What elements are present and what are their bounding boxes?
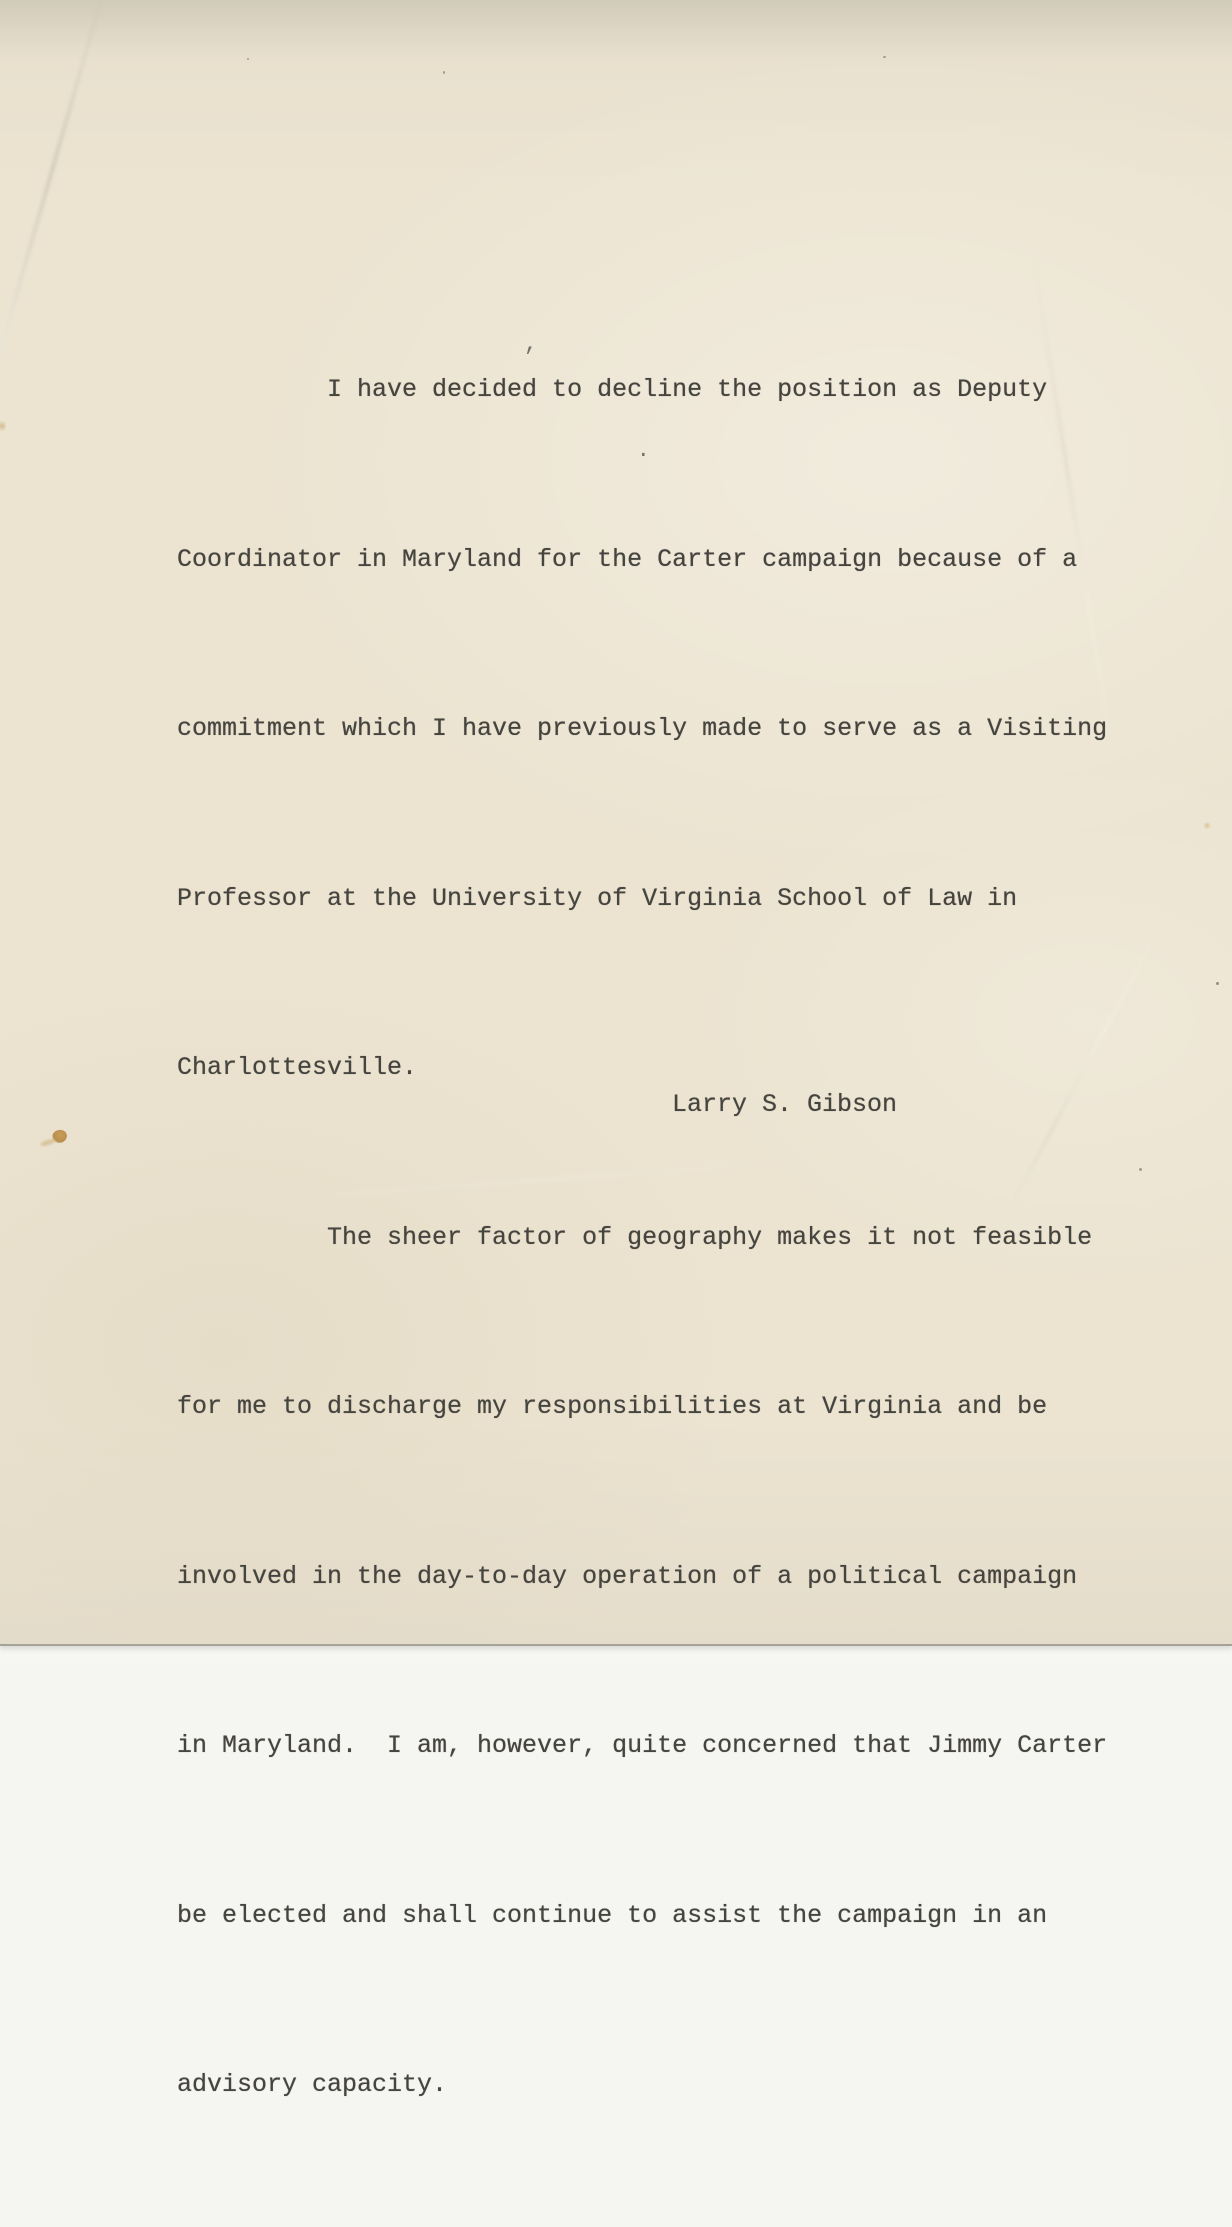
letter-line: for me to discharge my responsibilities …: [177, 1379, 1167, 1436]
paper-sheet: I have decided to decline the position a…: [0, 0, 1232, 1646]
stray-typed-comma: ,: [524, 331, 538, 357]
paper-stain-tail: [40, 1138, 57, 1148]
paper-speck: [443, 71, 445, 74]
letter-body: I have decided to decline the position a…: [177, 249, 1167, 1664]
paper-stain-left-edge: [0, 420, 6, 432]
paper-stain-right: [1203, 822, 1211, 829]
paper-speck: [883, 56, 886, 58]
letter-line: I have decided to decline the position a…: [177, 362, 1167, 419]
paper-speck: [1216, 982, 1219, 985]
letter-line: involved in the day-to-day operation of …: [177, 1549, 1167, 1606]
letter-line: commitment which I have previously made …: [177, 701, 1167, 758]
letter-line: Professor at the University of Virginia …: [177, 871, 1167, 928]
paper-stain-large: [50, 1128, 69, 1145]
paper-crease-top-left: [0, 0, 108, 723]
stray-typed-period: .: [637, 440, 650, 463]
letter-line: Coordinator in Maryland for the Carter c…: [177, 532, 1167, 589]
paper-speck: [247, 58, 249, 60]
letter-line: The sheer factor of geography makes it n…: [177, 1210, 1167, 1267]
signature-line: Larry S. Gibson: [672, 1088, 897, 1122]
